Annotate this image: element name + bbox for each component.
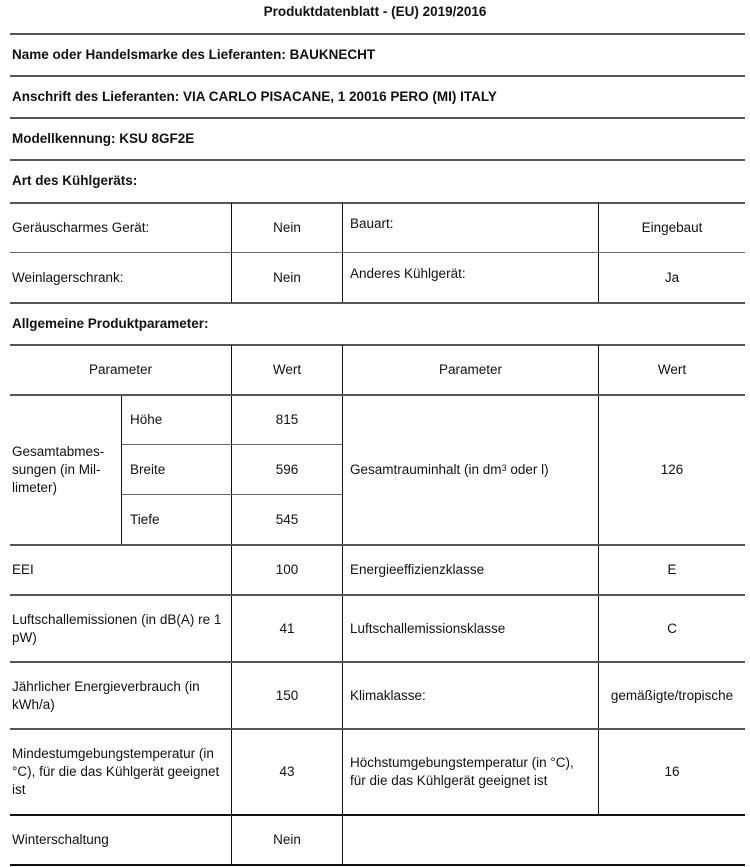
- value-width: 596: [232, 445, 342, 495]
- value-energy-class: E: [599, 545, 745, 595]
- value-total-volume: 126: [599, 395, 745, 545]
- label-max-temp: Höchstumgebungstemperatur (in °C), für d…: [348, 729, 588, 815]
- label-eei: EEI: [10, 545, 231, 595]
- model-id: Modellkennung: KSU 8GF2E: [10, 120, 745, 158]
- document-title: Produktdatenblatt - (EU) 2019/2016: [0, 4, 750, 19]
- value-min-temp: 43: [232, 729, 342, 815]
- value-depth: 545: [232, 495, 342, 545]
- label-height: Höhe: [128, 395, 231, 445]
- value-max-temp: 16: [599, 729, 745, 815]
- divider: [10, 33, 745, 35]
- label-climate-class: Klimaklasse:: [348, 662, 598, 729]
- label-wine-storage: Weinlagerschrank:: [10, 253, 231, 303]
- label-low-noise: Geräuscharmes Gerät:: [10, 203, 231, 253]
- value-noise-emission: 41: [232, 595, 342, 662]
- value-eei: 100: [232, 545, 342, 595]
- label-noise-emission: Luftschallemissionen (in dB(A) re 1 pW): [10, 595, 231, 662]
- divider: [10, 75, 745, 77]
- supplier-address: Anschrift des Lieferanten: VIA CARLO PIS…: [10, 78, 745, 116]
- value-design-type: Eingebaut: [599, 203, 745, 253]
- value-annual-energy: 150: [232, 662, 342, 729]
- value-climate-class: gemäßigte/tropische: [599, 662, 745, 729]
- value-low-noise: Nein: [232, 203, 342, 253]
- value-height: 815: [232, 395, 342, 445]
- divider: [10, 159, 745, 161]
- header-value: Wert: [599, 345, 745, 394]
- label-width: Breite: [128, 445, 231, 495]
- general-params-heading: Allgemeine Produktparameter:: [10, 304, 745, 344]
- value-other-appliance: Ja: [599, 253, 745, 303]
- header-parameter: Parameter: [10, 345, 231, 394]
- label-other-appliance: Anderes Kühlgerät:: [348, 253, 598, 303]
- divider: [10, 117, 745, 119]
- label-total-volume: Gesamtrauminhalt (in dm3 oder l): [348, 395, 598, 545]
- value-noise-class: C: [599, 595, 745, 662]
- supplier-name: Name oder Handelsmarke des Lieferanten: …: [10, 36, 745, 74]
- label-noise-class: Luftschallemissionsklasse: [348, 595, 598, 662]
- label-energy-class: Energieeffizienzklasse: [348, 545, 598, 595]
- dimensions-label: Gesamtabmes- sungen (in Mil- limeter): [10, 395, 121, 545]
- label-depth: Tiefe: [128, 495, 231, 545]
- label-design-type: Bauart:: [348, 203, 598, 253]
- label-annual-energy: Jährlicher Energieverbrauch (in kWh/a): [10, 662, 231, 729]
- label-winter-switch: Winterschaltung: [10, 815, 231, 865]
- header-parameter: Parameter: [343, 345, 598, 394]
- label-min-temp: Mindestumgebungstemperatur (in °C), für …: [10, 729, 231, 815]
- appliance-type-heading: Art des Kühlgeräts:: [10, 162, 745, 200]
- value-wine-storage: Nein: [232, 253, 342, 303]
- header-value: Wert: [232, 345, 342, 394]
- value-winter-switch: Nein: [232, 815, 342, 865]
